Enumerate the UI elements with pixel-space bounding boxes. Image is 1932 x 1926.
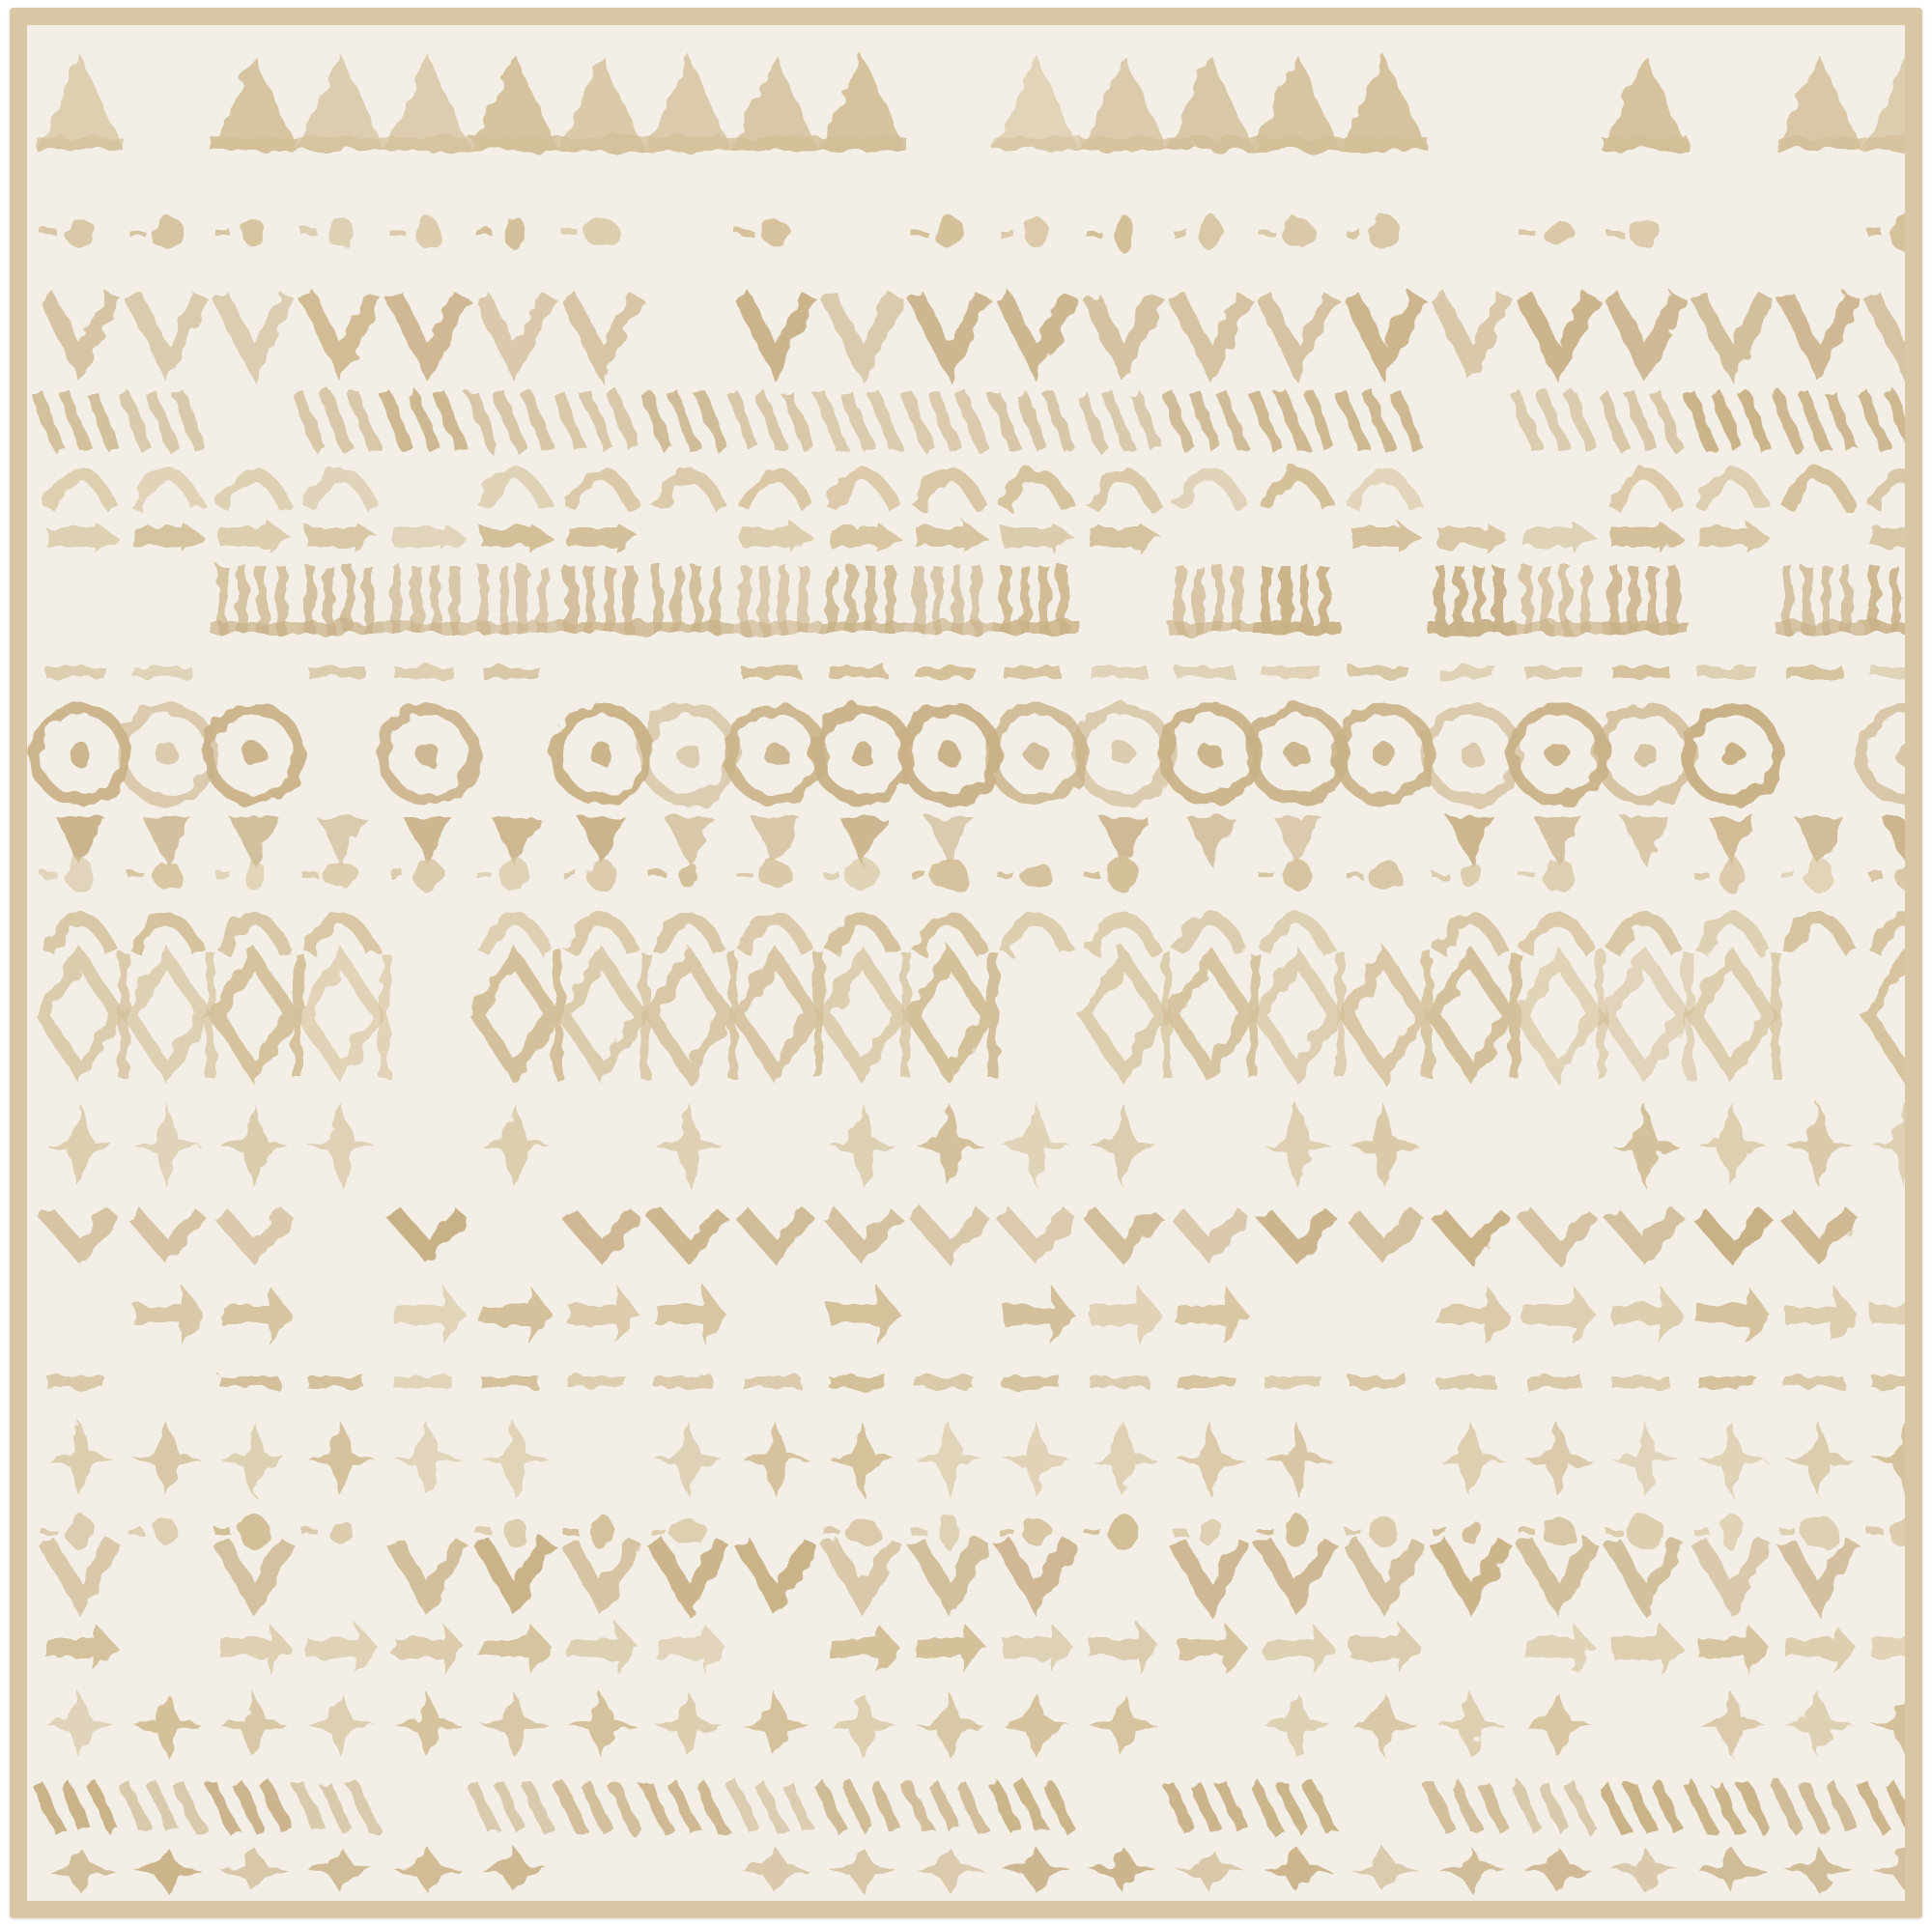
rug-pattern [27,25,1905,1901]
rug-field [27,25,1905,1901]
rug [10,8,1922,1918]
